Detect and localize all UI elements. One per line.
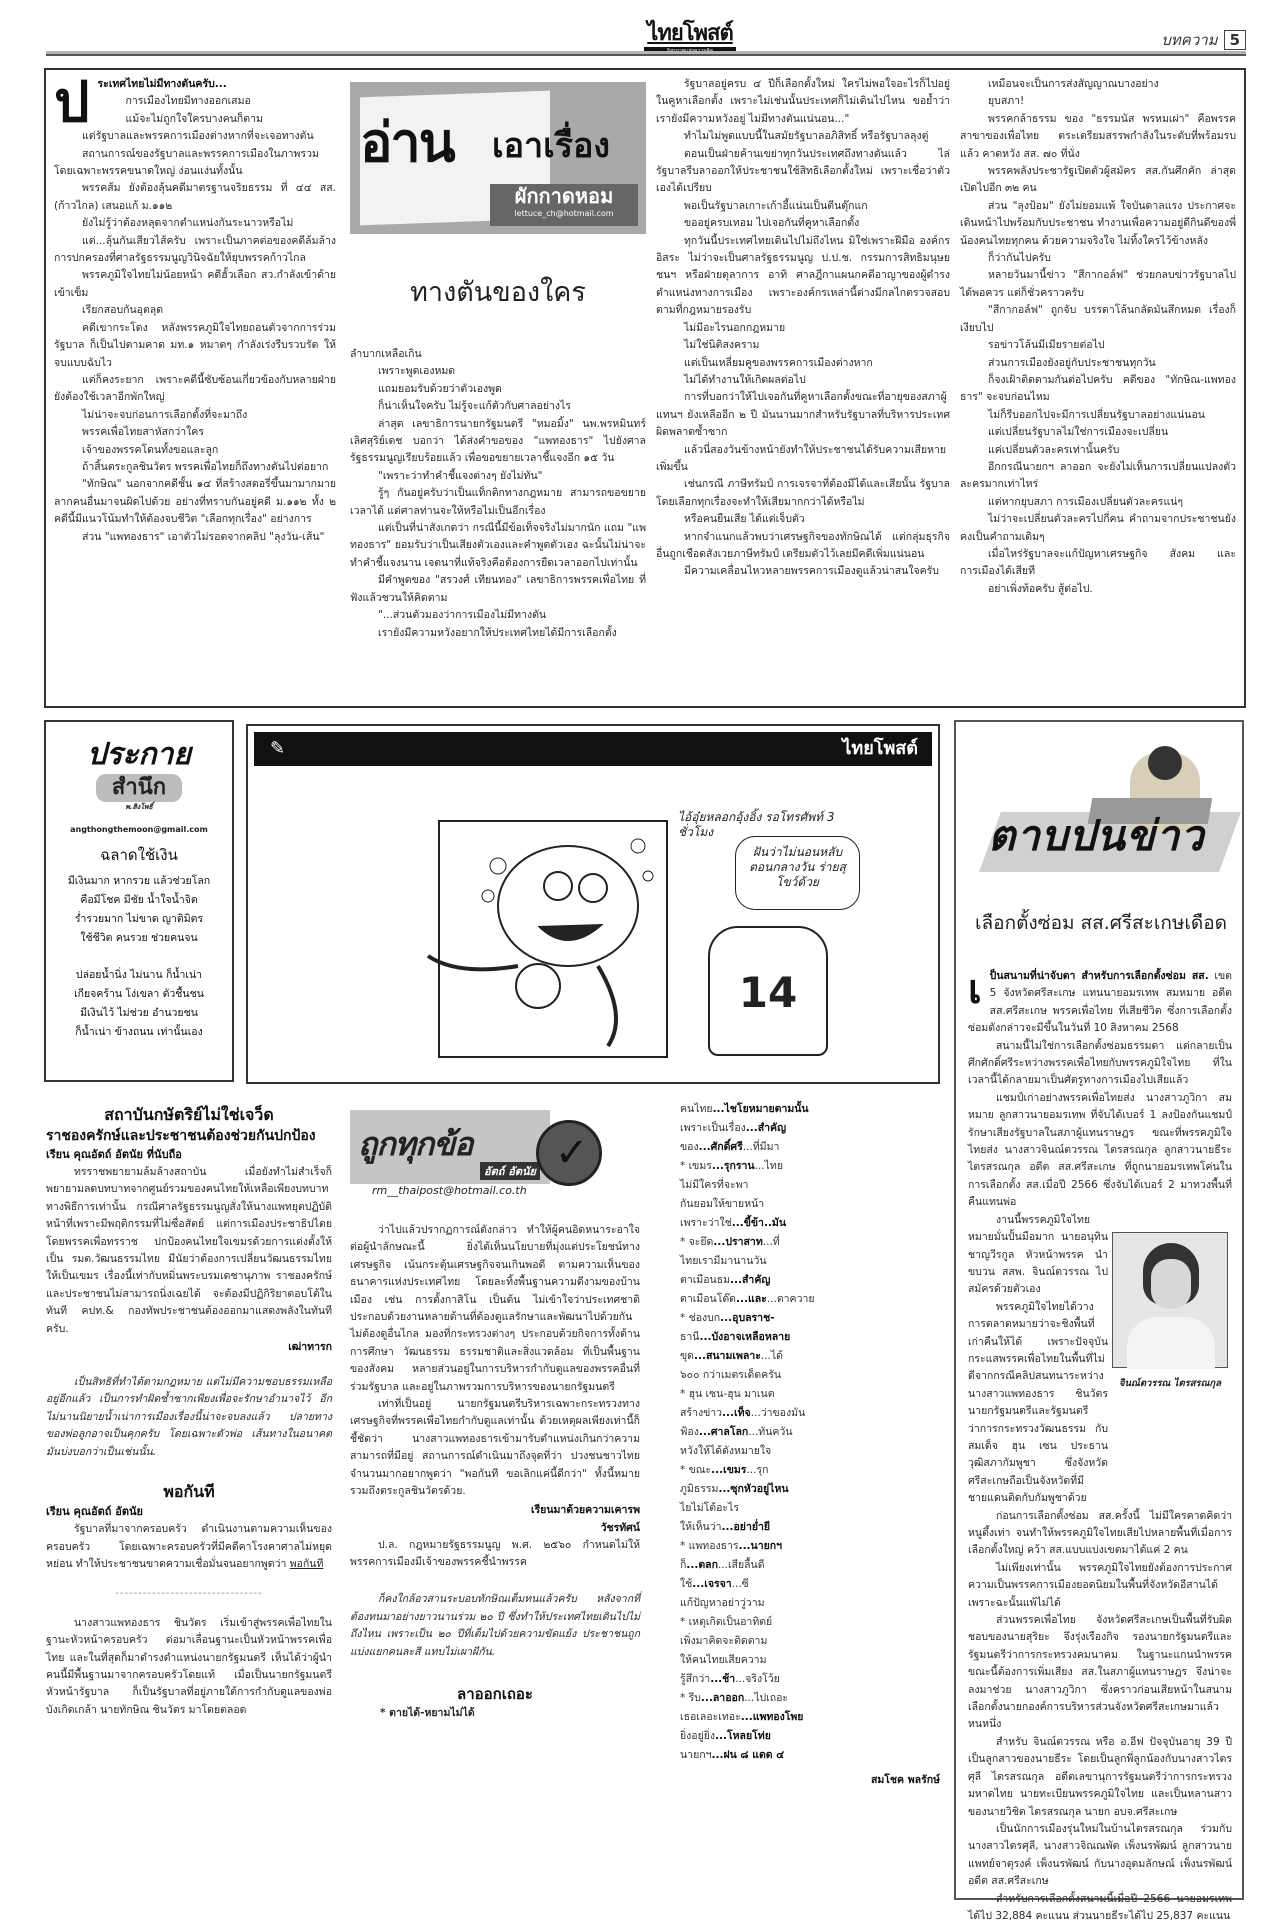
verse-line: * เหตุเกิดเป็นอาทิตย์ [680, 1613, 940, 1632]
top-article-col1: ป ระเทศไทยไม่มีทางตันครับ...การเมืองไทยม… [54, 76, 336, 546]
paragraph: มีความเคลื่อนไหวหลายพรรคการเมืองดูแล้วน่… [656, 563, 950, 580]
paragraph: ก็จงเฝ้าติดตามกันต่อไปครับ คดีของ "ทักษิ… [960, 372, 1236, 407]
paragraph: แต่หากยุบสภา การเมืองเปลี่ยนตัวละครแน่ๆ [960, 494, 1236, 511]
article-title: ทางตันของใคร [350, 276, 646, 310]
paragraph: พรรคส้ม ยังต้องลุ้นคดีมาตรฐานจริยธรรม ที… [54, 180, 336, 215]
letters-column: สถาบันกษัตริย์ไม่ใช่เจว็ด ราชองครักษ์และ… [46, 1104, 332, 1719]
cartoon-header-bar: ✎ ไทยโพสต์ [254, 732, 932, 766]
verse-line: ยิ่งอยู่ยิ่ง...โหลยโท่ย [680, 1727, 940, 1746]
paragraph: พรรคภูมิใจไทยไม่น้อยหน้า คดีฮั้วเลือก สว… [54, 267, 336, 302]
paragraph: ส่วนการเมืองยังอยู่กับประชาชนทุกวัน [960, 355, 1236, 372]
paragraph: พรรคกล้าธรรม ของ "ธรรมนัส พรหมเผ่า" คือพ… [960, 111, 1236, 163]
paragraph: ยุบสภา! [960, 93, 1236, 110]
verse-line: เธอเลอะเทอะ...แพทองโพย [680, 1708, 940, 1727]
letter-title: สถาบันกษัตริย์ไม่ใช่เจว็ด [46, 1104, 332, 1126]
editorial-cartoon: ✎ ไทยโพสต์ ไอ้อุ๋ยหลอกอุ้งอิ้ง รอโทรศัพท… [246, 724, 940, 1084]
paragraph: แต่รัฐบาลและพรรคการเมืองต่างหากที่จะเจอท… [54, 128, 336, 145]
checkmark-icon: ✓ [536, 1120, 602, 1186]
poem-box: ประกาย สำนึก พ.สิงโพธิ์ angthongthemoon@… [44, 720, 234, 1082]
paragraph: "เพราะว่าทำคำชี้แจงต่างๆ ยังไม่ทัน" [350, 468, 646, 485]
verse-line: * แพทองธาร...นายกฯ [680, 1537, 940, 1556]
dropcap: ป [54, 78, 90, 128]
paragraph: แถมยอมรับด้วยว่าตัวเองพูด [350, 381, 646, 398]
verse-line: ตาเมือนธม...สำคัญ [680, 1271, 940, 1290]
verse-line: ไม่มีใครที่จะพา [680, 1176, 940, 1195]
poem-email: angthongthemoon@gmail.com [46, 824, 232, 836]
cartoon-speech-bubble: ฝันว่าไม่นอนหลับตอนกลางวัน ร่ายสุโขว์ด้ว… [735, 836, 860, 910]
poem-stanza-2: ปล่อยน้ำนิ่ง ไม่นาน ก็น้ำเน่า เกียจคร้าน… [46, 966, 232, 1042]
paragraph: การที่บอกว่าให้ไปเจอกันที่คูหาเลือกตั้งข… [656, 389, 950, 441]
divider: -------------------------------- [46, 1585, 332, 1602]
page-number: 5 [1224, 30, 1246, 50]
header-rule [46, 51, 1246, 56]
paragraph: ก็น่าเห็นใจครับ ไม่รู้จะแก้ตัวกับศาลอย่า… [350, 398, 646, 415]
paragraph: รัฐบาลอยู่ครบ ๔ ปีก็เลือกตั้งใหม่ ใครไม่… [656, 76, 950, 128]
paragraph: แค่เปลี่ยนตัวละครเท่านั้นครับ [960, 442, 1236, 459]
paragraph: รู้ๆ กันอยู่ครับว่าเป็นแท็กติกทางกฎหมาย … [350, 485, 646, 520]
paragraph: ไม่ว่าจะเปลี่ยนตัวละครไปกี่คน คำถามจากปร… [960, 511, 1236, 546]
letter-salutation: เรียน คุณอัตถ์ อัตนัย ที่นับถือ [46, 1146, 332, 1164]
paragraph: ระเทศไทยไม่มีทางตันครับ... [54, 76, 336, 93]
verse-line: เพราะเป็นเรื่อง...สำคัญ [680, 1119, 940, 1138]
paragraph: ทุกวันนี้ประเทศไทยเดินไปไม่ถึงไหน มิใช่เ… [656, 233, 950, 320]
paragraph: "...ส่วนตัวมองว่าการเมืองไม่มีทางตัน [350, 607, 646, 624]
verse-line: กันยอมให้ขายหน้า [680, 1195, 940, 1214]
verse-line: ไทยเรามีมานานวัน [680, 1252, 940, 1271]
poem-title: ฉลาดใช้เงิน [46, 844, 232, 866]
verse-line: ของ...ศักดิ์ศรี...ที่มีมา [680, 1138, 940, 1157]
verse-column: คนไทย...ไชโยหมายตามนั้นเพราะเป็นเรื่อง..… [680, 1100, 940, 1789]
verse-line: คนไทย...ไชโยหมายตามนั้น [680, 1100, 940, 1119]
column-text: ระเทศไทยไม่มีทางตันครับ...การเมืองไทยมีท… [54, 76, 336, 546]
verse-signer: สมโชค พลรักษ์ [680, 1771, 940, 1789]
paragraph: เรียกสอบกันอุตลุด [54, 302, 336, 319]
verse-line: ใช้...เจรจา...ซี [680, 1575, 940, 1594]
paragraph: หลายวันมานี้ข่าว "สีกากอล์ฟ" ช่วยกลบข่าว… [960, 267, 1236, 302]
editor-reply-2: ก็คงใกล้อวสานระบอบทักษิณเต็มทนแล้วครับ ห… [350, 1591, 640, 1661]
poem-column-logo: ประกาย สำนึก พ.สิงโพธิ์ [64, 736, 214, 824]
paragraph: ทำไมไม่พูดแบบนี้ในสมัยรัฐบาลอภิสิทธิ์ หร… [656, 128, 950, 145]
author-plate: ผักกาดหอม lettuce_ch@hotmail.com [490, 184, 638, 226]
news-body: เ ป็นสนามที่น่าจับตา สำหรับการเลือกตั้งซ… [968, 968, 1232, 1920]
top-article-col2: ลำบากเหลือเกินเพราะพูดเองหมดแถมยอมรับด้ว… [350, 346, 646, 642]
paragraph: อีกกรณีนายกฯ ลาออก จะยังไม่เห็นการเปลี่ย… [960, 459, 1236, 494]
verse-line: นายกฯ...ฝน ๘ แดด ๔ [680, 1746, 940, 1765]
letter-signer: เฒ่าทารก [46, 1338, 332, 1356]
paragraph: ส่วน "แพทองธาร" เอาตัวไม่รอดจากคลิป "ลุง… [54, 529, 336, 546]
verse-line: หวังให้ได้ดังหมายใจ [680, 1442, 940, 1461]
paragraph: "ทักษิณ" นอกจากคดีชั้น ๑๔ ที่สร้างสตอรี่… [54, 476, 336, 528]
verse-line: ไยไม่โต้อะไร [680, 1499, 940, 1518]
paragraph: อย่าเพิ่งท้อครับ สู้ต่อไป. [960, 581, 1236, 598]
verse-line: * เขมร...รุกราน...ไทย [680, 1157, 940, 1176]
paragraph: เหมือนจะเป็นการส่งสัญญาณบางอย่าง [960, 76, 1236, 93]
verse-line: ให้เห็นว่า...อย่าย่ำยี [680, 1518, 940, 1537]
paragraph: แต่...ลุ้นกันเสียวไส้ครับ เพราะเป็นภาคต่… [54, 233, 336, 268]
column-logo: ตาบปนข่าว [970, 752, 1230, 882]
paragraph: รอข่าวโล้นมีเมียรายต่อไป [960, 337, 1236, 354]
verse-line: เพิ่งมาคิดจะติดตาม [680, 1632, 940, 1651]
verse-line: * ฮุน เซน-ฮุน มาเนต [680, 1385, 940, 1404]
paragraph: แล้วนี่สองวันข้างหน้ายังทำให้ประชาชนได้ร… [656, 442, 950, 477]
paragraph: แต่ก็คงระยาก เพราะคดีนี้ซับซ้อนเกี่ยวข้อ… [54, 372, 336, 407]
letter-subtitle: ราชองครักษ์และประชาชนต้องช่วยกันปกป้อง [46, 1126, 332, 1146]
paragraph: เพราะพูดเองหมด [350, 363, 646, 380]
news-headline: เลือกตั้งซ่อม สส.ศรีสะเกษเดือด [966, 910, 1236, 936]
paragraph: เรายังมีความหวังอยากให้ประเทศไทยได้มีการ… [350, 625, 646, 642]
portrait-photo [1112, 1232, 1228, 1368]
paragraph: ขออยู่ครบเทอม ไปเจอกันที่คูหาเลือกตั้ง [656, 215, 950, 232]
section-label: บทความ5 [1161, 28, 1246, 52]
letter-title-2: พอกันที [46, 1481, 332, 1503]
paragraph: ไม่น่าจะจบก่อนการเลือกตั้งที่จะมาถึง [54, 407, 336, 424]
cartoon-character-drawing [398, 816, 758, 1066]
top-article-col4: เหมือนจะเป็นการส่งสัญญาณบางอย่างยุบสภา!พ… [960, 76, 1236, 598]
verse-line: ให้คนไทยเสียความ [680, 1651, 940, 1670]
paragraph: ตอนเป็นฝ่ายค้านเขย่าทุกวันประเทศถึงทางตั… [656, 146, 950, 198]
paragraph: เจ้าของพรรคโดนทั้งขอและลูก [54, 442, 336, 459]
paragraph: ไม่ได้ทำงานให้เกิดผลต่อไป [656, 372, 950, 389]
paragraph: แม้จะไม่ถูกใจใครบางคนก็ตาม [54, 111, 336, 128]
verse-line: แก้ปัญหาอย่าวู่วาม [680, 1594, 940, 1613]
paragraph: คดีเขากระโดง หลังพรรคภูมิใจไทยถอนตัวจากก… [54, 320, 336, 372]
signer: วัชรทัศน์ [350, 1519, 640, 1537]
paragraph: ไม่ก็รีบออกไปจะมีการเปลี่ยนรัฐบาลอย่างแน… [960, 407, 1236, 424]
verse-line: ตาเมือนโต๊ด...และ...ตาควาย [680, 1290, 940, 1309]
paragraph: ไม่ใช่นิติสงคราม [656, 337, 950, 354]
paragraph: ถ้าสิ้นตระกูลชินวัตร พรรคเพื่อไทยก็ถึงทา… [54, 459, 336, 476]
paragraph: พรรคเพื่อไทยสาหัสกว่าใคร [54, 424, 336, 441]
verse-line: รู้สึกว่า...ช้า...จริงโว้ย [680, 1670, 940, 1689]
verse-line: สร้างข่าว...เท็จ...ว่าของมัน [680, 1404, 940, 1423]
column-logo-ttk: ถูกทุกข้อ อัตถ์ อัตนัย ✓ rm__thaipost@ho… [350, 1104, 650, 1196]
top-article-col3: รัฐบาลอยู่ครบ ๔ ปีก็เลือกตั้งใหม่ ใครไม่… [656, 76, 950, 581]
verse-line: ๖๐๐ กว่าเมตรเด็ดครัน [680, 1366, 940, 1385]
paragraph: การเมืองไทยมีทางออกเสมอ [54, 93, 336, 110]
verse-line: ธานี...บังอาจเหลือหลาย [680, 1328, 940, 1347]
paragraph: ก็ว่ากันไปครับ [960, 250, 1236, 267]
verse-line: ก็...ตลก...เสียลื้นดี [680, 1556, 940, 1575]
editor-reply: เป็นสิทธิที่ทำได้ตามกฎหมาย แต่ไม่มีความช… [46, 1374, 332, 1461]
paragraph: หรือคนยืนเสีย ได้แต่เจ็บตัว [656, 511, 950, 528]
paragraph: พอเป็นรัฐบาลเกาะเก้าอี้แน่นเป็นตีนตุ๊กแก [656, 198, 950, 215]
paragraph: ลำบากเหลือเกิน [350, 346, 646, 363]
closing: เรียนมาด้วยความเคารพ [350, 1501, 640, 1519]
column-banner: อ่าน เอาเรื่อง ผักกาดหอม lettuce_ch@hotm… [350, 82, 646, 234]
paragraph: มีคำพูดของ "สรวงศ์ เทียนทอง" เลขาธิการพร… [350, 572, 646, 607]
verse-title: ลาออกเถอะ [350, 1683, 640, 1705]
verse-line: ขุด...สนามเพลาะ...ได้ [680, 1347, 940, 1366]
verse-line: * รีบ...ลาออก...ไปเถอะ [680, 1689, 940, 1708]
paragraph: "สีกากอล์ฟ" ถูกจับ บรรดาโล้นกลัดมันสึกหม… [960, 302, 1236, 337]
photo-caption: จินณ์ตวรรณ ไตรสรณกุล [1108, 1376, 1232, 1391]
verse-line: ฟ้อง...ศาลโลก...ทันควัน [680, 1423, 940, 1442]
verse-line: * ช่องบก...อุบลราช- [680, 1309, 940, 1328]
paragraph: สถานการณ์ของรัฐบาลและพรรคการเมืองในภาพรว… [54, 146, 336, 181]
verse-line: ภูมิธรรม...ซุกหัวอยู่ไหน [680, 1480, 940, 1499]
paragraph: ส่วน "ลุงป้อม" ยังไม่ยอมแพ้ ใจบันดาลแรง … [960, 198, 1236, 250]
verse-line: เพราะว่าใช่...ขี้ข้า..มัน [680, 1214, 940, 1233]
cartoonist-mascot-icon: ✎ [270, 736, 310, 762]
paragraph: พรรคพลังประชารัฐเปิดตัวผู้สมัคร สส.กันศึ… [960, 163, 1236, 198]
verse-line: * จะยึด...ปราสาท...ที่ [680, 1233, 940, 1252]
paragraph: ไม่มีอะไรนอกกฎหมาย [656, 320, 950, 337]
paragraph: แต่เป็นเหลี่ยมคูของพรรคการเมืองต่างหาก [656, 355, 950, 372]
verse-line: * ขณะ...เขมร...รุก [680, 1461, 940, 1480]
paragraph: เช่นกรณี ภาษีทรัมป์ การเจรจาที่ต้องมีได้… [656, 476, 950, 511]
paragraph: แต่เป็นที่น่าสังเกตว่า กรณีนี้มีข้อเท็จจ… [350, 520, 646, 572]
ttk-column-body: ว่าไปแล้วปรากฏการณ์ดังกล่าว ทำให้ผู้คนอิ… [350, 1222, 640, 1722]
paragraph: หากจำแนกแล้วพบว่าเศรษฐกิจของทักษิณได้ แต… [656, 529, 950, 564]
paragraph: ล่าสุด เลขาธิการนายกรัฐมนตรี "หมอมิ้ง" น… [350, 416, 646, 468]
paragraph: แต่เปลี่ยนรัฐบาลไม่ใช่การเมืองจะเปลี่ยน [960, 424, 1236, 441]
paragraph: ยังไม่รู้ว่าต้องหลุดจากตำแหน่งกันระนาวหร… [54, 215, 336, 232]
cartoon-second-character: 14 [708, 926, 828, 1056]
paragraph: เมื่อไหร่รัฐบาลจะแก้ปัญหาเศรษฐกิจ สังคม … [960, 546, 1236, 581]
poem-stanza-1: มีเงินมาก หากรวย แล้วช่วยโลก คือมีโชค มี… [46, 872, 232, 948]
